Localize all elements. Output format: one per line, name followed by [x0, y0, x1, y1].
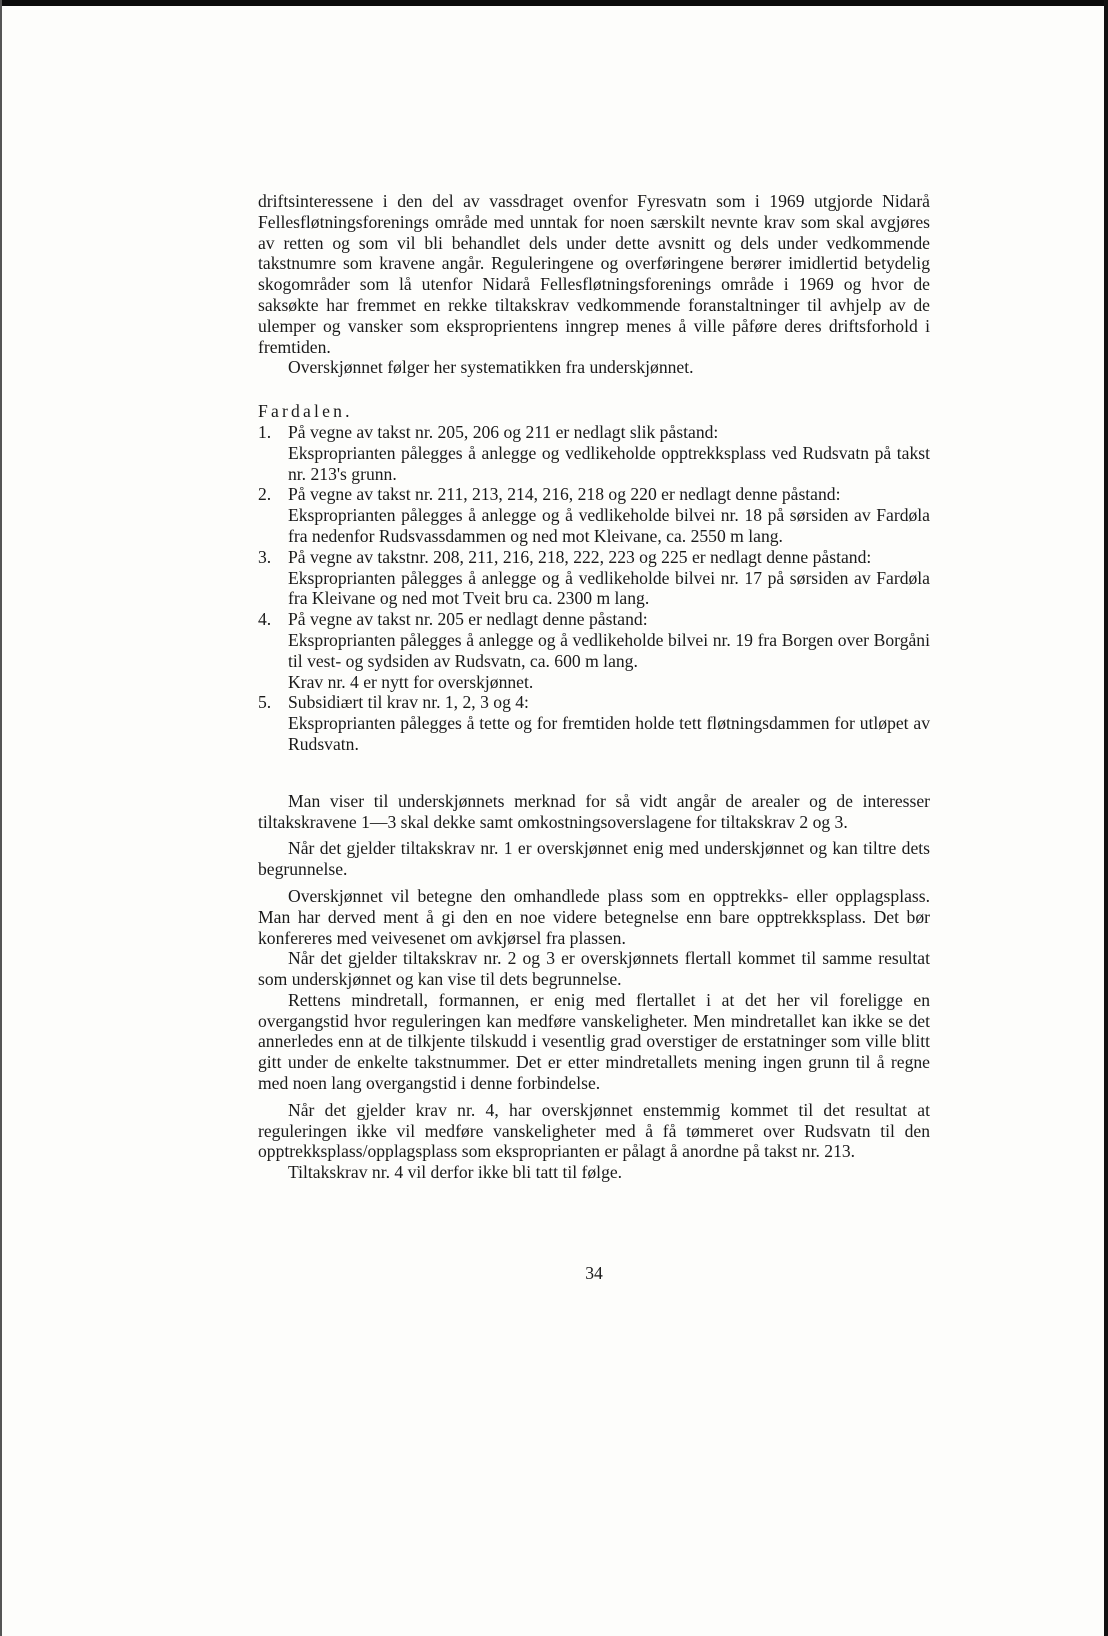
claim-number: 4. [258, 609, 271, 630]
claim-line: Eksproprianten pålegges å anlegge og å v… [288, 568, 930, 610]
claim-line: Subsidiært til krav nr. 1, 2, 3 og 4: [288, 692, 930, 713]
claim-item: 3. På vegne av takstnr. 208, 211, 216, 2… [258, 547, 930, 609]
body-paragraph: Tiltakskrav nr. 4 vil derfor ikke bli ta… [258, 1162, 930, 1183]
body-paragraph: Når det gjelder tiltakskrav nr. 1 er ove… [258, 838, 930, 880]
claim-line: Eksproprianten pålegges å anlegge og å v… [288, 505, 930, 547]
claim-line: På vegne av takstnr. 208, 211, 216, 218,… [288, 547, 930, 568]
scan-border-top [0, 0, 1108, 6]
claim-line: Eksproprianten pålegges å anlegge og å v… [288, 630, 930, 672]
systematics-paragraph: Overskjønnet følger her systematikken fr… [258, 357, 930, 378]
claim-item: 4. På vegne av takst nr. 205 er nedlagt … [258, 609, 930, 692]
body-paragraph: Rettens mindretall, formannen, er enig m… [258, 990, 930, 1094]
claim-number: 5. [258, 692, 271, 713]
body-paragraph: Man viser til underskjønnets merknad for… [258, 791, 930, 833]
claim-line: På vegne av takst nr. 205 er nedlagt den… [288, 609, 930, 630]
section-heading: Fardalen. [258, 401, 930, 422]
claim-item: 1. På vegne av takst nr. 205, 206 og 211… [258, 422, 930, 484]
intro-paragraph: driftsinteressene i den del av vassdrage… [258, 191, 930, 357]
page-number: 34 [258, 1263, 930, 1284]
scan-border-right [1104, 0, 1108, 1636]
claims-list: 1. På vegne av takst nr. 205, 206 og 211… [258, 422, 930, 755]
claim-line: På vegne av takst nr. 211, 213, 214, 216… [288, 484, 930, 505]
claim-line: Eksproprianten pålegges å tette og for f… [288, 713, 930, 755]
claim-item: 5. Subsidiært til krav nr. 1, 2, 3 og 4:… [258, 692, 930, 754]
claim-number: 2. [258, 484, 271, 505]
claim-number: 1. [258, 422, 271, 443]
claim-line: Eksproprianten pålegges å anlegge og ved… [288, 443, 930, 485]
document-page: driftsinteressene i den del av vassdrage… [258, 191, 930, 1183]
body-paragraph: Overskjønnet vil betegne den omhandlede … [258, 886, 930, 948]
claim-item: 2. På vegne av takst nr. 211, 213, 214, … [258, 484, 930, 546]
claim-number: 3. [258, 547, 271, 568]
scan-border-left [0, 0, 2, 1636]
body-paragraph: Når det gjelder krav nr. 4, har overskjø… [258, 1100, 930, 1162]
body-paragraph: Når det gjelder tiltakskrav nr. 2 og 3 e… [258, 948, 930, 990]
claim-note: Krav nr. 4 er nytt for overskjønnet. [288, 672, 930, 693]
claim-line: På vegne av takst nr. 205, 206 og 211 er… [288, 422, 930, 443]
